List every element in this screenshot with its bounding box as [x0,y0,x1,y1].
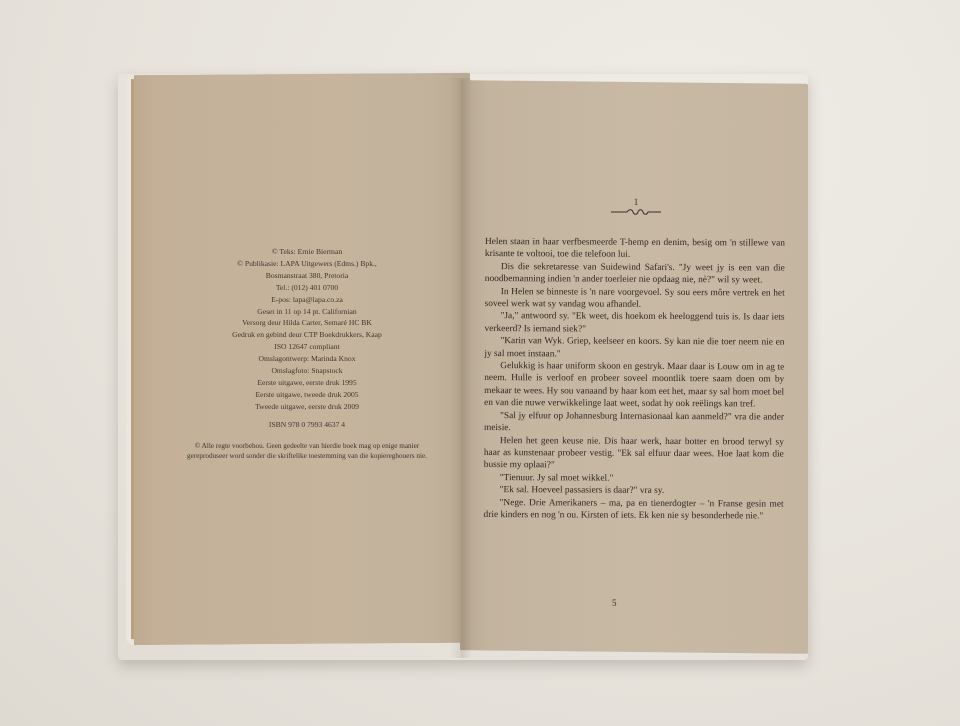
page-number: 5 [612,598,617,608]
paragraph: "Karin van Wyk. Griep, keelseer en koors… [484,335,784,361]
imprint-line: Omslagontwerp: Marinda Knox [176,353,438,365]
book-gutter [450,78,472,658]
rights-notice: © Alle regte voorbehou. Geen gedeelte va… [176,441,438,462]
imprint-line: Versorg deur Hilda Carter, Semaré HC BK [176,317,438,329]
imprint-line: © Publikasie: LAPA Uitgewers (Edms.) Bpk… [176,258,438,270]
imprint-line: Gedruk en gebind deur CTP Boekdrukkers, … [176,329,438,341]
paragraph: Helen staan in haar verfbesmeerde T-hemp… [485,236,785,262]
chapter-heading: 1 [600,198,672,216]
isbn: ISBN 978 0 7993 4637 4 [176,419,438,431]
imprint-line: Eerste uitgawe, eerste druk 1995 [176,377,438,389]
imprint-line: Tel.: (012) 401 0700 [176,282,438,294]
imprint-line: E-pos: lapa@lapa.co.za [176,294,438,306]
imprint-line: Geset in 11 op 14 pt. Californian [176,306,438,318]
imprint-line: Tweede uitgawe, eerste druk 2009 [176,401,438,413]
paragraph: "Ja," antwoord sy. "Ek weet, dis hoekom … [484,310,784,336]
imprint-line: ISO 12647 compliant [176,341,438,353]
chapter-body: Helen staan in haar verfbesmeerde T-hemp… [484,236,785,523]
paragraph: In Helen se binneste is 'n nare voorgevo… [485,286,785,312]
paragraph: "Ek sal. Hoeveel passasiers is daar?" vr… [484,484,784,498]
imprint-line: Omslagfoto: Snapstock [176,365,438,377]
paragraph: Dis die sekretaresse van Suidewind Safar… [485,261,785,287]
flourish-ornament-icon [609,208,663,216]
copyright-imprint: © Teks: Ernie Bierman © Publikasie: LAPA… [176,246,438,461]
paragraph: Helen het geen keuse nie. Dis haar werk,… [484,434,784,473]
chapter-number: 1 [600,198,672,207]
open-book-photo: © Teks: Ernie Bierman © Publikasie: LAPA… [0,0,960,726]
imprint-line: Bosmanstraat 380, Pretoria [176,270,438,282]
paragraph: Gelukkig is haar uniform skoon en gestry… [484,360,784,411]
imprint-line: © Teks: Ernie Bierman [176,246,438,258]
imprint-line: Eerste uitgawe, tweede druk 2005 [176,389,438,401]
paragraph: "Sal jy elfuur op Johannesburg Internasi… [484,410,784,436]
paragraph: "Nege. Drie Amerikaners – ma, pa en tien… [484,497,784,523]
